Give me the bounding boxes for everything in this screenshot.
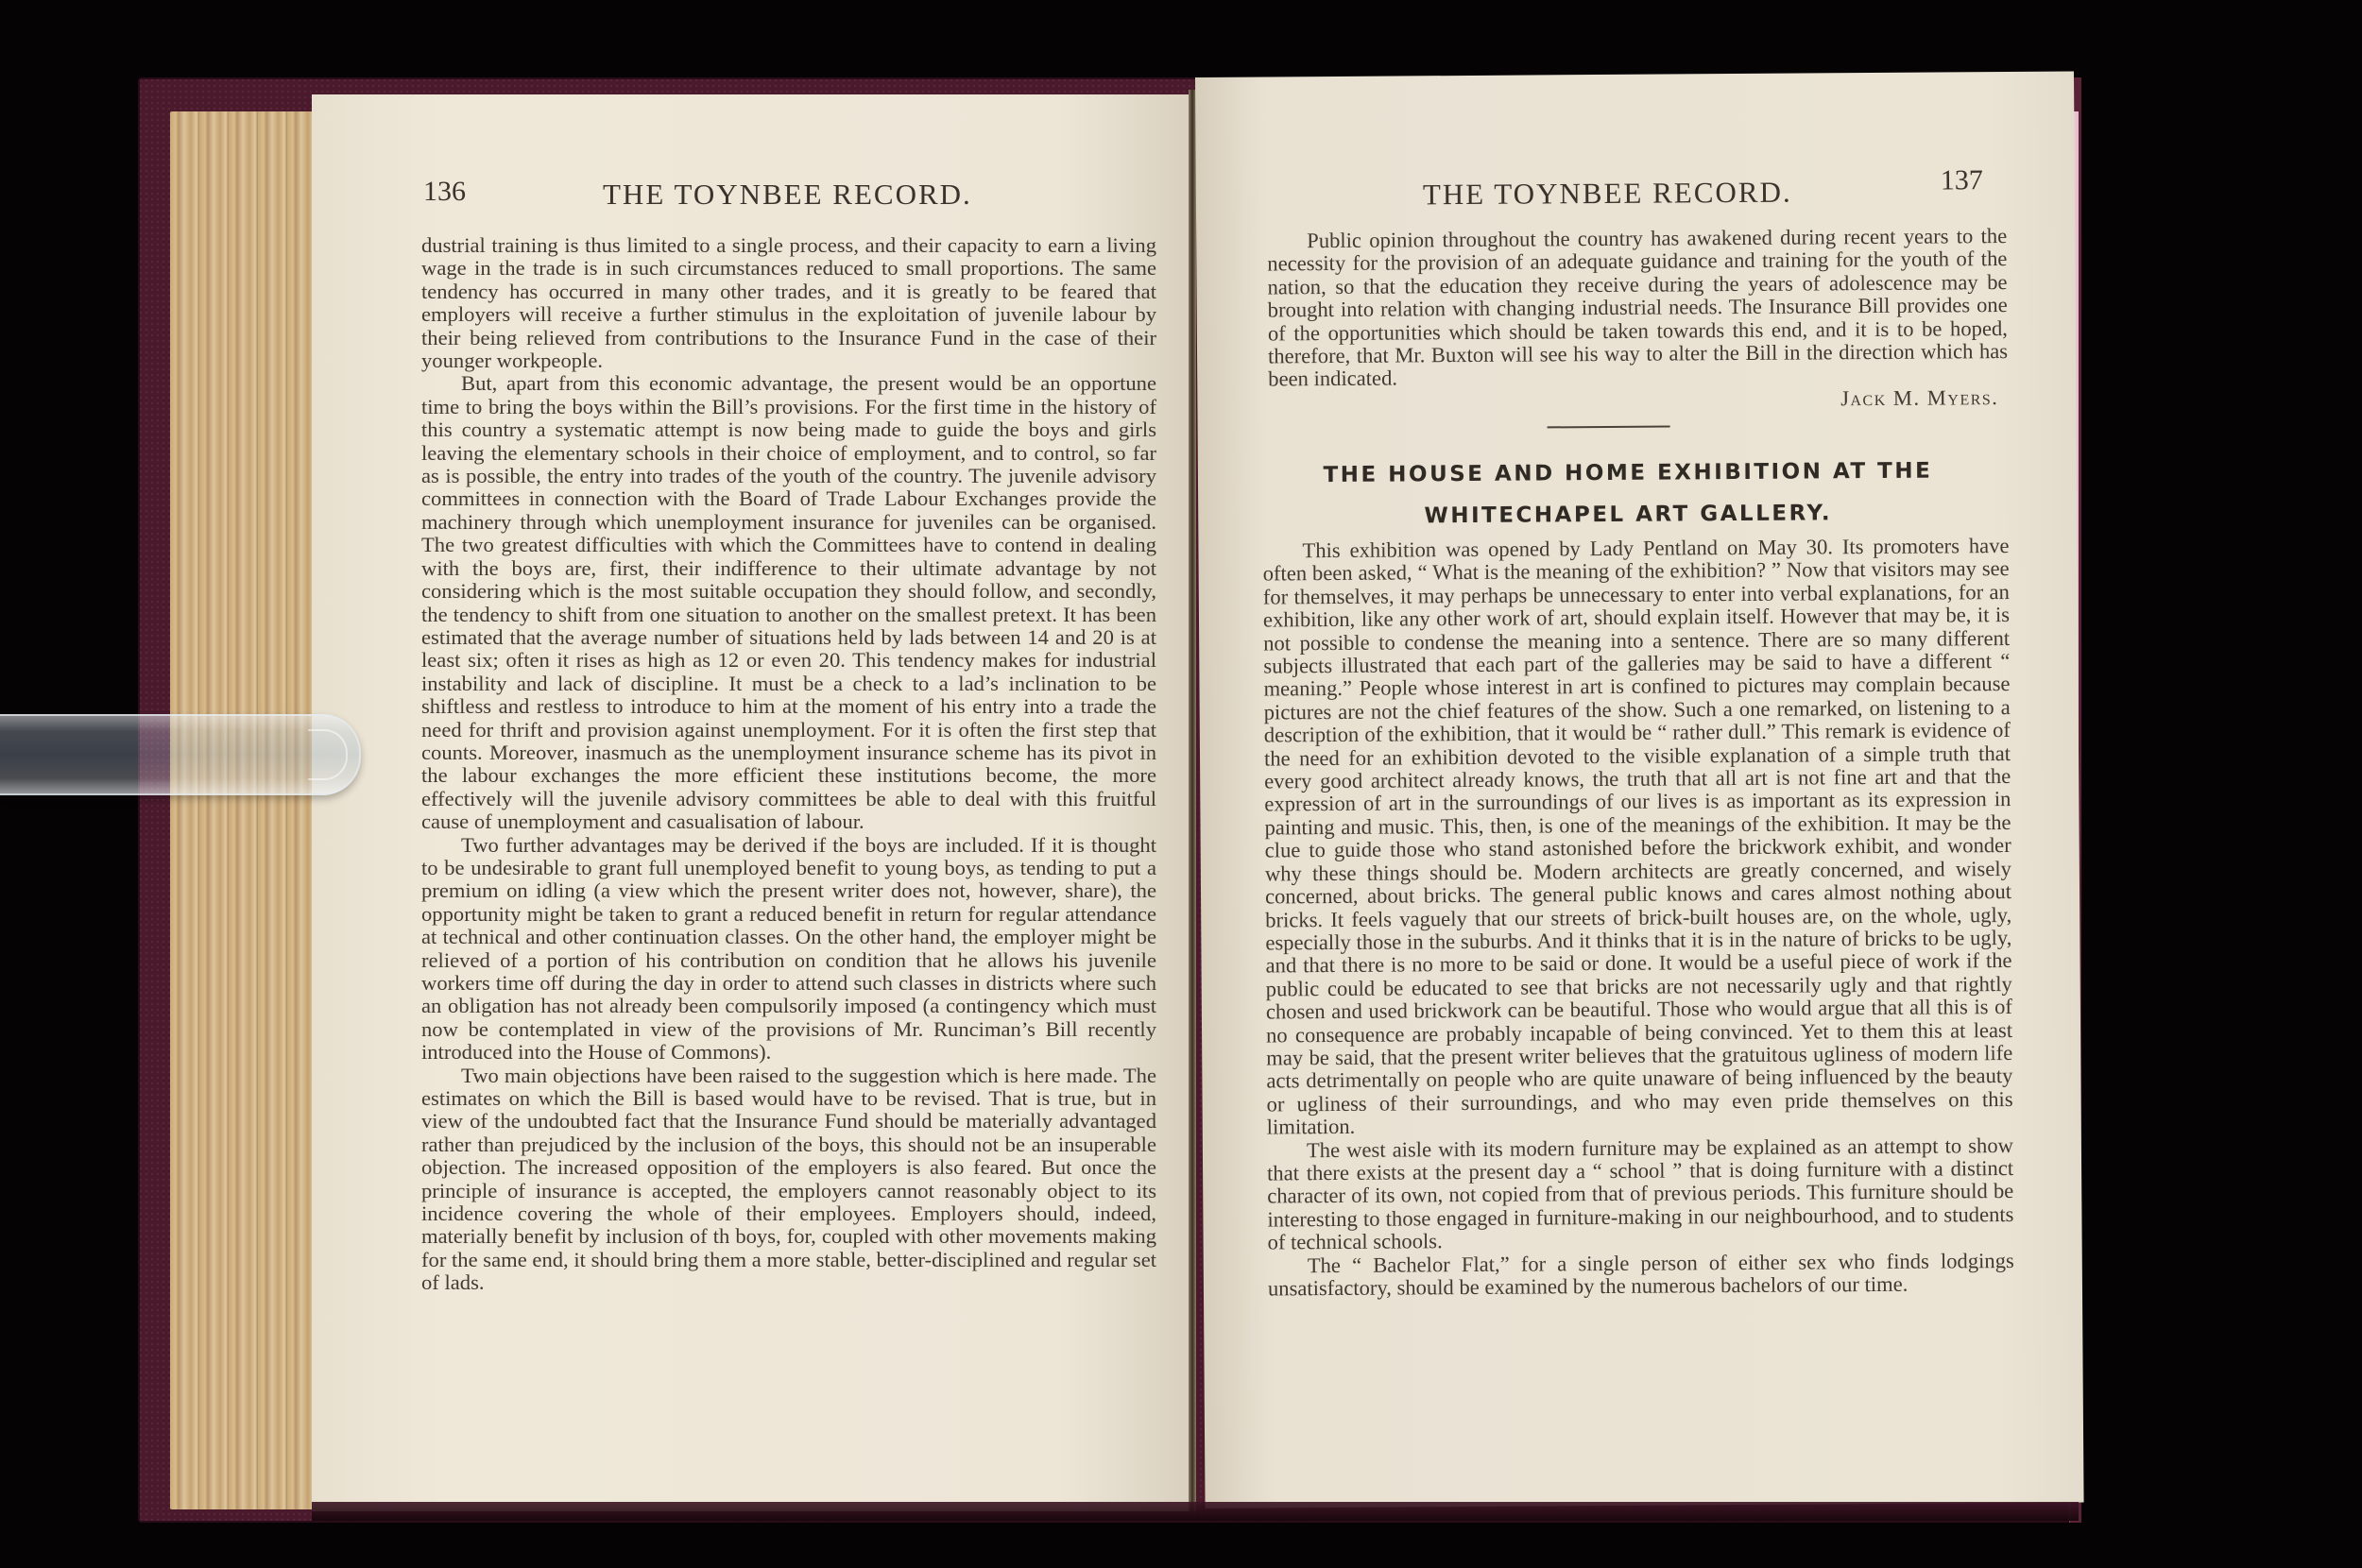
- right-page-body: This exhibition was opened by Lady Pentl…: [1262, 535, 2014, 1301]
- running-head: THE TOYNBEE RECORD.: [603, 178, 972, 212]
- paragraph: Public opinion throughout the country ha…: [1267, 225, 2008, 391]
- paragraph: But, apart from this economic advantage,…: [421, 372, 1156, 833]
- paragraph: dustrial training is thus limited to a s…: [421, 234, 1156, 372]
- article-title: THE HOUSE AND HOME EXHIBITION AT THE WHI…: [1236, 450, 2021, 538]
- article-title-line-2: WHITECHAPEL ART GALLERY.: [1236, 491, 2020, 538]
- paragraph: The “ Bachelor Flat,” for a single perso…: [1268, 1250, 2014, 1301]
- paragraph: Two main objections have been raised to …: [421, 1065, 1156, 1295]
- book-bottom-edge: [312, 1502, 2079, 1521]
- paragraph: The west aisle with its modern furniture…: [1267, 1134, 2014, 1255]
- running-head: THE TOYNBEE RECORD.: [1423, 176, 1792, 213]
- book-gutter: [1189, 90, 1196, 1511]
- left-page-body: dustrial training is thus limited to a s…: [421, 234, 1156, 1295]
- page-number: 137: [1941, 164, 1983, 196]
- paragraph: This exhibition was opened by Lady Pentl…: [1262, 535, 2012, 1139]
- page-block-left-edge: [170, 111, 331, 1509]
- article-title-line-1: THE HOUSE AND HOME EXHIBITION AT THE: [1236, 450, 2020, 497]
- right-page-intro: Public opinion throughout the country ha…: [1267, 225, 2008, 415]
- page-number: 136: [423, 176, 466, 208]
- left-page: 136 THE TOYNBEE RECORD. dustrial trainin…: [312, 94, 1190, 1511]
- section-divider: [1548, 426, 1670, 429]
- glass-page-weight: [0, 714, 361, 795]
- paragraph: Two further advantages may be derived if…: [421, 834, 1156, 1065]
- right-page: THE TOYNBEE RECORD. 137 Public opinion t…: [1195, 72, 2084, 1508]
